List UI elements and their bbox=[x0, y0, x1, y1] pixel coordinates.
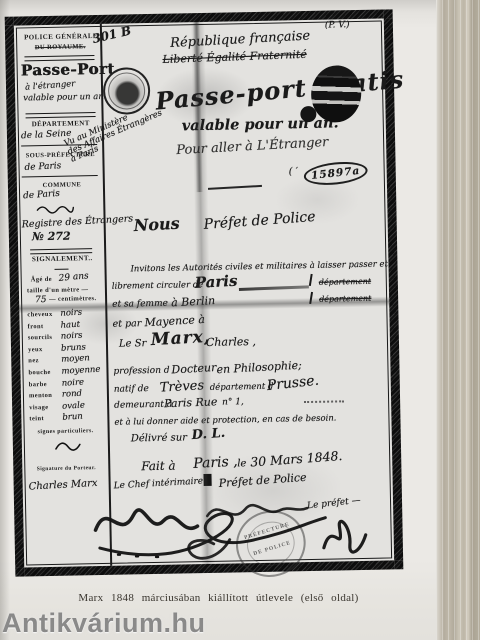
ink-squiggle bbox=[52, 438, 82, 453]
birthplace-value: Trèves bbox=[159, 379, 204, 394]
ink-block bbox=[203, 474, 211, 486]
feature-value: brun bbox=[62, 412, 83, 423]
feature-label: barbe bbox=[29, 380, 62, 388]
officer-title2: Préfet de Police bbox=[218, 472, 307, 489]
script-devise: Liberté Égalité Fraternité bbox=[162, 49, 307, 65]
feature-label: bouche bbox=[28, 369, 61, 377]
separator-line bbox=[208, 185, 262, 190]
paren-mark: ( ′ bbox=[289, 167, 299, 177]
purpose-line: Pour aller à L'Étranger bbox=[176, 136, 329, 157]
birth-dept-label: département d bbox=[210, 383, 274, 393]
invitation-line: Invitons les Autorités civiles et milita… bbox=[130, 260, 388, 273]
profession-label: profession d bbox=[113, 367, 169, 377]
feature-value: moyenne bbox=[61, 365, 100, 377]
feature-value: haut bbox=[60, 319, 80, 330]
feature-label: front bbox=[28, 322, 61, 330]
officer-title: Le Chef intérimaire bbox=[113, 477, 203, 491]
rule bbox=[55, 269, 69, 270]
registry-number-oval: 15897a bbox=[303, 159, 369, 188]
fait-date: 30 Mars 1848. bbox=[250, 450, 343, 469]
fait-label: Fait à bbox=[141, 460, 176, 473]
profession-value2: en Philosophie; bbox=[216, 360, 302, 376]
feature-value: noirs bbox=[60, 308, 82, 319]
feature-value: rond bbox=[62, 389, 83, 400]
bearer-prefix: Le Sr bbox=[119, 339, 147, 350]
signature-flourish-ink bbox=[315, 511, 374, 560]
feature-label: nez bbox=[28, 357, 61, 365]
spouse-label: et sa femme bbox=[112, 300, 168, 310]
birth-dept-value: Prusse. bbox=[266, 374, 319, 393]
feature-label: cheveux bbox=[27, 311, 60, 319]
tick-mark bbox=[309, 274, 313, 286]
bearer-surname: Marx, bbox=[150, 329, 211, 349]
registry-number: 15897a bbox=[311, 165, 361, 182]
feature-value: moyen bbox=[61, 354, 90, 366]
bearer-signature-label: Signature du Porteur. bbox=[28, 466, 104, 473]
commune-label: COMMUNE bbox=[27, 182, 97, 190]
hand-note-valable: valable pour un an. bbox=[23, 93, 106, 103]
via-label: et par bbox=[112, 319, 141, 329]
via-city: Mayence à bbox=[144, 314, 205, 328]
antikvarium-watermark: Antikvárium.hu bbox=[2, 608, 206, 639]
rule bbox=[26, 112, 96, 118]
prefet-title: Préfet de Police bbox=[203, 210, 316, 232]
ink-squiggle bbox=[35, 202, 75, 213]
commune-value: de Paris bbox=[23, 190, 60, 202]
feature-value: ovale bbox=[62, 400, 85, 411]
circulate-label: librement circuler de bbox=[112, 281, 204, 291]
delivre-label: Délivré sur bbox=[131, 433, 187, 444]
feature-label: sourcils bbox=[28, 334, 61, 342]
origin-city: Paris bbox=[194, 274, 237, 291]
residence-note: n° 1, bbox=[222, 398, 244, 407]
fait-city: Paris , bbox=[193, 455, 238, 471]
ink-smear bbox=[239, 285, 309, 291]
authority-heading: POLICE GÉNÉRALE bbox=[24, 33, 96, 41]
aid-line: et à lui donner aide et protection, en c… bbox=[114, 414, 336, 427]
dotted-fill bbox=[304, 400, 344, 403]
height-label: taille d'un mètre — bbox=[27, 287, 89, 295]
age-value: 29 ans bbox=[58, 272, 89, 284]
book-page-scan: POLICE GÉNÉRALE DU ROYAUME. Passe-Port à… bbox=[0, 0, 480, 640]
book-fore-edge bbox=[436, 0, 480, 640]
bearer-signature: Charles Marx bbox=[28, 479, 97, 493]
passport-document: POLICE GÉNÉRALE DU ROYAUME. Passe-Port à… bbox=[5, 9, 404, 576]
registre-line: Registre des Étrangers bbox=[21, 214, 133, 230]
height-unit: — centimètres. bbox=[49, 296, 96, 303]
registre-number: № 272 bbox=[32, 231, 71, 243]
feature-label: visage bbox=[29, 403, 62, 411]
book-caption: Marx 1848 márciusában kiállított útlevel… bbox=[0, 592, 437, 604]
departement-word: département bbox=[319, 278, 371, 287]
tick-mark bbox=[309, 292, 313, 304]
bearer-firstname: Charles , bbox=[206, 336, 256, 348]
birthplace-label: natif de bbox=[114, 385, 149, 395]
hand-note-etranger: à l'étranger bbox=[25, 80, 76, 92]
passeport-title: Passe-Port bbox=[21, 62, 99, 78]
feature-value: noire bbox=[61, 377, 84, 388]
feature-value: bruns bbox=[61, 342, 86, 353]
rule bbox=[22, 175, 98, 177]
signalement-label: SIGNALEMENT.. bbox=[24, 255, 100, 263]
profession-value: Docteur bbox=[171, 362, 216, 375]
authority-subheading: DU ROYAUME. bbox=[24, 44, 96, 52]
document-title: Passe-port Gratis bbox=[155, 67, 406, 113]
signes-label: signes particuliers. bbox=[28, 428, 104, 435]
delivre-paraph: D. L. bbox=[191, 427, 225, 442]
height-value: 75 bbox=[35, 296, 47, 305]
passport-number: 301 B bbox=[91, 24, 132, 45]
signalement-features: cheveuxnoirs fronthaut sourcilsnoirs yeu… bbox=[27, 308, 107, 425]
validity-line: valable pour un an. bbox=[182, 116, 339, 134]
departement-label: DÉPARTEMENT bbox=[26, 120, 96, 128]
feature-label: teint bbox=[29, 415, 62, 423]
rule bbox=[30, 248, 92, 254]
pv-note: (P. V.) bbox=[325, 21, 350, 30]
nous-word: Nous bbox=[133, 216, 180, 234]
destination-city: à Berlin bbox=[171, 295, 216, 308]
script-republique: République française bbox=[170, 29, 311, 50]
sous-prefecture-value: de Paris bbox=[24, 162, 61, 173]
feature-label: yeux bbox=[28, 346, 61, 354]
feature-label: menton bbox=[29, 392, 62, 400]
departement-word: département bbox=[319, 295, 371, 304]
feature-value: noirs bbox=[61, 331, 83, 342]
age-label: Âgé de bbox=[31, 277, 52, 284]
residence-value: Paris Rue bbox=[164, 396, 218, 409]
feature-row: teintbrun bbox=[29, 412, 107, 425]
fait-le: le bbox=[237, 459, 246, 469]
